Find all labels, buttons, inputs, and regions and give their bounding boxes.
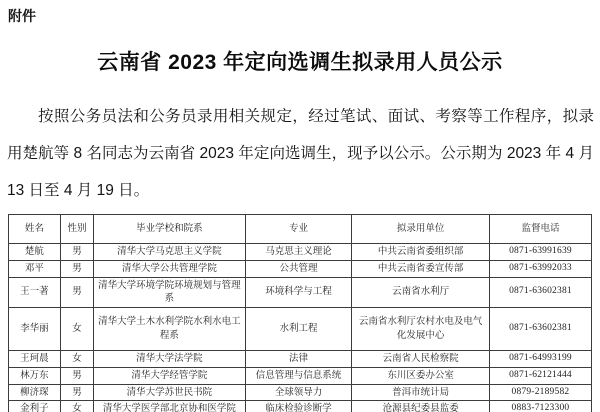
table-cell-name: 金利子 [9,401,61,412]
header-cell-unit: 拟录用单位 [352,215,490,244]
table-row: 柳济琛男清华大学苏世民书院全球领导力普洱市统计局0879-2189582 [9,384,592,401]
table-cell-school: 清华大学环境学院环境规划与管理系 [94,277,246,308]
header-cell-phone: 监督电话 [489,215,591,244]
table-cell-school: 清华大学经管学院 [94,367,246,384]
header-cell-school: 毕业学校和院系 [94,215,246,244]
table-row: 李华丽女清华大学土木水利学院水利水电工程系水利工程云南省水利厅农村水电及电气化发… [9,308,592,351]
table-cell-phone: 0871-63992033 [489,260,591,277]
table-cell-sex: 女 [60,308,93,351]
table-cell-unit: 普洱市统计局 [352,384,490,401]
announcement-table-container: 姓名性别毕业学校和院系专业拟录用单位监督电话 楚航男清华大学马克思主义学院马克思… [8,214,592,411]
table-cell-major: 全球领导力 [245,384,352,401]
announcement-table: 姓名性别毕业学校和院系专业拟录用单位监督电话 楚航男清华大学马克思主义学院马克思… [8,214,592,412]
table-cell-major: 信息管理与信息系统 [245,367,352,384]
table-cell-sex: 男 [60,260,93,277]
table-cell-major: 水利工程 [245,308,352,351]
table-cell-name: 柳济琛 [9,384,61,401]
table-cell-school: 清华大学土木水利学院水利水电工程系 [94,308,246,351]
header-cell-major: 专业 [245,215,352,244]
table-cell-sex: 男 [60,384,93,401]
table-cell-phone: 0871-63602381 [489,277,591,308]
table-cell-phone: 0871-62121444 [489,367,591,384]
table-cell-phone: 0871-63991639 [489,244,591,261]
table-cell-phone: 0879-2189582 [489,384,591,401]
table-cell-major: 环境科学与工程 [245,277,352,308]
table-cell-unit: 中共云南省委宣传部 [352,260,490,277]
table-cell-name: 林万东 [9,367,61,384]
attachment-label: 附件 [8,6,36,26]
table-cell-phone: 0871-63602381 [489,308,591,351]
table-cell-unit: 云南省水利厅 [352,277,490,308]
table-row: 金利子女清华大学医学部北京协和医学院临床检验诊断学沧源县纪委县监委0883-71… [9,401,592,412]
table-cell-sex: 女 [60,351,93,368]
table-cell-sex: 男 [60,277,93,308]
table-cell-name: 楚航 [9,244,61,261]
table-cell-school: 清华大学医学部北京协和医学院 [94,401,246,412]
table-cell-name: 邓平 [9,260,61,277]
table-cell-sex: 男 [60,367,93,384]
table-header-row: 姓名性别毕业学校和院系专业拟录用单位监督电话 [9,215,592,244]
body-paragraph: 按照公务员法和公务员录用相关规定，经过笔试、面试、考察等工作程序，拟录用楚航等 … [7,98,594,209]
table-cell-name: 王珂晨 [9,351,61,368]
table-cell-name: 李华丽 [9,308,61,351]
table-row: 王珂晨女清华大学法学院法律云南省人民检察院0871-64993199 [9,351,592,368]
table-row: 林万东男清华大学经管学院信息管理与信息系统东川区委办公室0871-6212144… [9,367,592,384]
header-cell-name: 姓名 [9,215,61,244]
table-cell-sex: 女 [60,401,93,412]
table-cell-school: 清华大学马克思主义学院 [94,244,246,261]
table-cell-unit: 云南省人民检察院 [352,351,490,368]
table-cell-unit: 沧源县纪委县监委 [352,401,490,412]
table-row: 邓平男清华大学公共管理学院公共管理中共云南省委宣传部0871-63992033 [9,260,592,277]
header-cell-sex: 性别 [60,215,93,244]
table-cell-major: 马克思主义理论 [245,244,352,261]
table-cell-major: 公共管理 [245,260,352,277]
table-cell-sex: 男 [60,244,93,261]
table-cell-school: 清华大学法学院 [94,351,246,368]
table-cell-major: 法律 [245,351,352,368]
table-cell-unit: 云南省水利厅农村水电及电气化发展中心 [352,308,490,351]
table-cell-phone: 0883-7123300 [489,401,591,412]
table-cell-school: 清华大学苏世民书院 [94,384,246,401]
page-title: 云南省 2023 年定向选调生拟录用人员公示 [0,46,600,76]
table-row: 王一著男清华大学环境学院环境规划与管理系环境科学与工程云南省水利厅0871-63… [9,277,592,308]
table-cell-unit: 东川区委办公室 [352,367,490,384]
table-cell-school: 清华大学公共管理学院 [94,260,246,277]
table-cell-major: 临床检验诊断学 [245,401,352,412]
table-cell-phone: 0871-64993199 [489,351,591,368]
table-cell-name: 王一著 [9,277,61,308]
table-row: 楚航男清华大学马克思主义学院马克思主义理论中共云南省委组织部0871-63991… [9,244,592,261]
table-cell-unit: 中共云南省委组织部 [352,244,490,261]
